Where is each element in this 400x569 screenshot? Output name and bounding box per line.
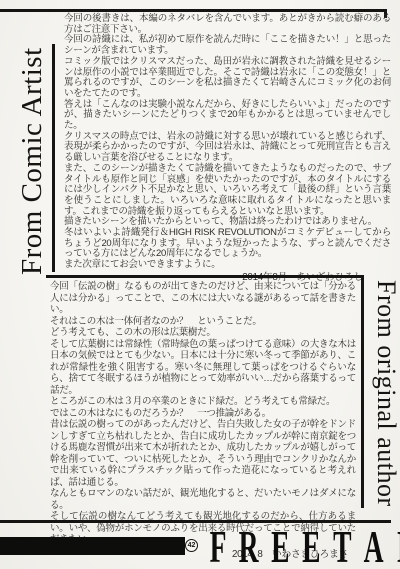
paragraph: コミック版ではクリスマスだった、島田が岩永に調教された詩織を見せるシーンは原作の… <box>64 57 391 100</box>
paragraph: そして広葉樹には常緑性（常時緑色の葉っぱつけてる意味）の大きな木は日本の気候では… <box>50 339 356 397</box>
title-letter: F <box>210 528 227 566</box>
paragraph: クリスマスの時点では、岩永の詩織に対する思いが壊れていると感じられず、表現が柔ら… <box>64 132 391 164</box>
paragraph: 今回の後書きは、本編のネタバレを含んでいます。あとがきから読む癖のある方はご注意… <box>64 14 391 35</box>
title-letter: E <box>271 528 289 566</box>
paragraph: 今回「伝説の樹」なるものが出てきたのだけど、由来については「分かる人には分かる」… <box>50 281 356 316</box>
paragraph: なんともロマンのない話だが、観光地化すると、だいたいモノはダメになる。 <box>50 488 356 511</box>
comic-artist-paragraphs: 今回の後書きは、本編のネタバレを含んでいます。あとがきから読む癖のある方はご注意… <box>64 14 391 271</box>
original-author-label: From original author <box>369 280 400 532</box>
paragraph: 今回の詩織には、私が初めて原作を読んだ時に「ここを描きたい！」と思ったシーンが含… <box>64 35 391 56</box>
title-letter: E <box>302 528 320 566</box>
title-letter: T <box>333 528 351 566</box>
original-author-text: 今回「伝説の樹」なるものが出てきたのだけど、由来については「分かる人には分かる」… <box>50 281 356 560</box>
paragraph: それはこの木は一体何者なのか？ ということだ。 <box>50 316 356 328</box>
comic-artist-label: From Comic Artist <box>16 36 52 286</box>
comic-artist-text: 今回の後書きは、本編のネタバレを含んでいます。あとがきから読む癖のある方はご注意… <box>64 14 391 284</box>
title-letter: R <box>239 528 259 566</box>
paragraph: 昔は伝説の樹ってのがあったんだけど、告白失敗した女の子が幹をドンドンしすぎて立ち… <box>50 419 356 488</box>
paragraph: また、このシーンが描きたくて詩織を描いてきたようなものだったので、サブタイトルも… <box>64 164 391 218</box>
paragraph: ではこの木はなにものだろうか？ 一つ推論がある。 <box>50 408 356 420</box>
vertical-divider <box>52 44 55 272</box>
paragraph: また次章にてお会いできますように。 <box>64 260 391 271</box>
page: From Comic Artist 今回の後書きは、本編のネタバレを含んでいます… <box>0 0 400 569</box>
paragraph: 答えは「こんなのは実験小説なんだから、好きにしたらいいよ」だったのですが、描きた… <box>64 100 391 132</box>
footer-bar <box>0 537 185 555</box>
paragraph: 冬はいよいよ詩織発行＆HIGH RISK REVOLUTIONがコミケデビューし… <box>64 228 391 260</box>
top-rule <box>0 9 387 12</box>
title-letter: A <box>364 528 384 566</box>
original-author-paragraphs: 今回「伝説の樹」なるものが出てきたのだけど、由来については「分かる人には分かる」… <box>50 281 356 546</box>
paragraph: ところがこの木は３月の卒業のときにド緑だ。どう考えても常緑だ。 <box>50 396 356 408</box>
free-talk-title: FREETALK <box>204 525 398 566</box>
paragraph: どう考えても、この木の形は広葉樹だ。 <box>50 327 356 339</box>
page-number-badge: 42 <box>185 539 198 552</box>
